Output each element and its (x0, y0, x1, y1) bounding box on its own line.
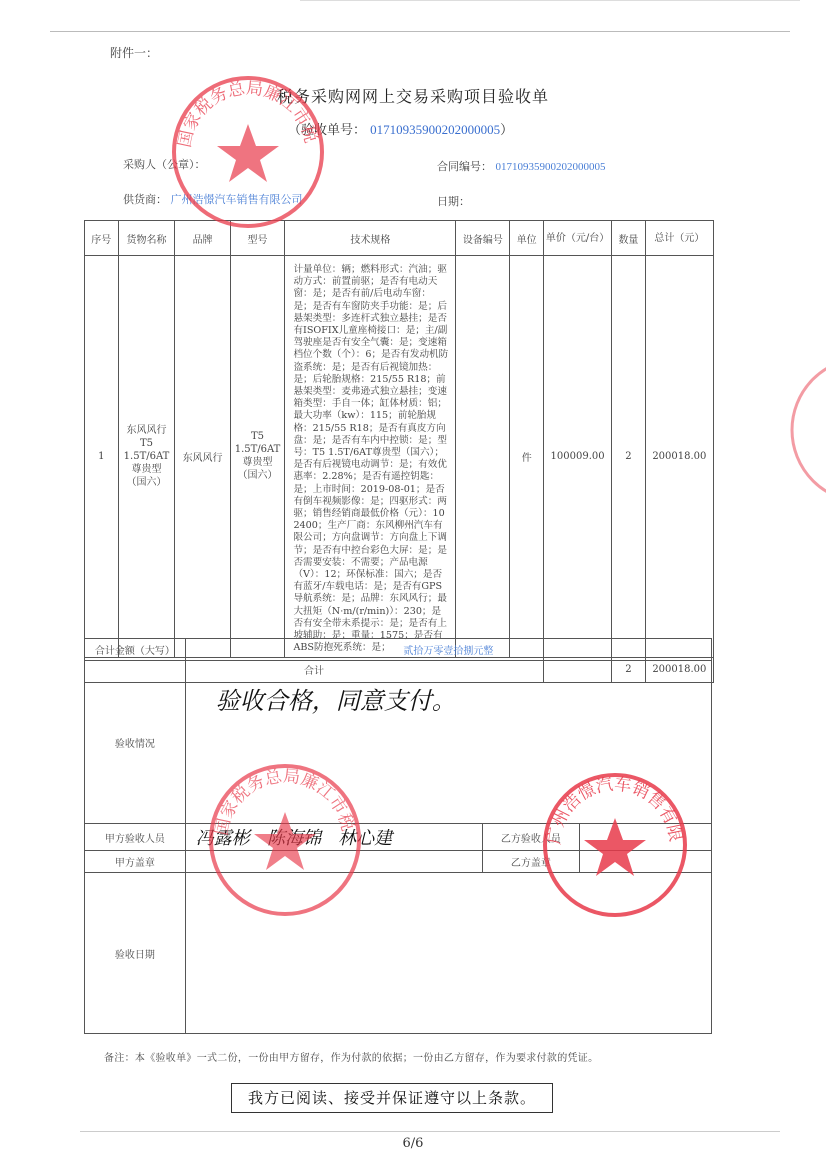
header-cell: 序号 (85, 221, 119, 256)
supplier-label: 供货商： (123, 193, 167, 206)
cell-index: 1 (85, 256, 119, 658)
amount-words-row: 合计金额（大写） 贰拾万零壹拾捌元整 (85, 639, 712, 661)
cell-model: T5 1.5T/6AT尊贵型（国六） (230, 256, 285, 658)
table-header-row: 序号 货物名称 品牌 型号 技术规格 设备编号 单位 单价（元/台） 数量 总计… (85, 221, 714, 256)
receipt-number-label: （验收单号： (288, 123, 366, 138)
remark-note: 备注：本《验收单》一式二份，一份由甲方留存，作为付款的依据；一份由乙方留存，作为… (104, 1049, 598, 1064)
inspectors-row: 甲方验收人员 冯露彬 陈海锦 林心建 乙方验收人员 (85, 824, 712, 851)
contract-label: 合同编号： (437, 160, 492, 173)
date-label: 日期： (437, 193, 470, 209)
header-cell: 数量 (612, 221, 646, 256)
footer-rule (80, 1131, 780, 1132)
contract-number: 合同编号： 01710935900202000005 (437, 158, 606, 174)
cell-unit: 件 (510, 256, 544, 658)
header-cell: 设备编号 (456, 221, 510, 256)
seal-row: 甲方盖章 乙方盖章 (85, 851, 712, 873)
inspection-content: 验收合格，同意支付。 (185, 661, 711, 824)
header-cell: 总计（元） (645, 221, 713, 256)
receipt-number-close: ） (500, 123, 513, 138)
signatures: 冯露彬 陈海锦 林心建 (196, 828, 392, 849)
header-cell: 单位 (510, 221, 544, 256)
scan-edge-line (300, 0, 800, 1)
cell-unit-price: 100009.00 (543, 256, 611, 658)
buyer-label: 采购人（公章）： (123, 156, 206, 172)
table-row: 1 东风风行T5 1.5T/6AT尊贵型（国六） 东风风行 T5 1.5T/6A… (85, 256, 714, 658)
amount-words-label: 合计金额（大写） (85, 639, 186, 661)
receipt-number: （验收单号： 01710935900202000005） (288, 119, 513, 138)
header-cell: 技术规格 (285, 221, 456, 256)
supplier-name: 广州浩憬汽车销售有限公司 (171, 194, 303, 206)
party-a-seal-label: 甲方盖章 (85, 851, 186, 873)
inspection-label: 验收情况 (85, 661, 186, 824)
attachment-label: 附件一： (110, 44, 158, 61)
cell-goods-name: 东风风行T5 1.5T/6AT尊贵型（国六） (118, 256, 175, 658)
document-title: 税务采购网网上交易采购项目验收单 (0, 84, 826, 107)
cell-tech-spec: 计量单位：辆；燃料形式：汽油；驱动方式：前置前驱；是否有电动天窗：是；是否有前/… (285, 256, 456, 658)
party-b-inspectors-value (580, 824, 712, 851)
header-cell: 品牌 (175, 221, 230, 256)
acceptance-table: 合计金额（大写） 贰拾万零壹拾捌元整 验收情况 验收合格，同意支付。 甲方验收人… (84, 638, 712, 1034)
receipt-number-value: 01710935900202000005 (370, 122, 500, 137)
pledge-box: 我方已阅读、接受并保证遵守以上条款。 (231, 1083, 553, 1113)
header-cell: 型号 (230, 221, 285, 256)
cell-total: 200018.00 (645, 256, 713, 658)
cell-quantity: 2 (612, 256, 646, 658)
party-b-inspectors-label: 乙方验收人员 (482, 824, 580, 851)
party-b-seal-label: 乙方盖章 (482, 851, 580, 873)
amount-words-value: 贰拾万零壹拾捌元整 (185, 639, 711, 661)
inspection-date-row: 验收日期 (85, 873, 712, 1034)
inspection-row: 验收情况 验收合格，同意支付。 (85, 661, 712, 824)
cell-brand: 东风风行 (175, 256, 230, 658)
supplier: 供货商： 广州浩憬汽车销售有限公司 (123, 191, 303, 207)
inspection-date-label: 验收日期 (85, 873, 186, 1034)
cell-device-no (456, 256, 510, 658)
partial-seal-right (786, 350, 826, 510)
inspection-date-value (185, 873, 711, 1034)
party-a-seal-value (185, 851, 482, 873)
party-b-seal-value (580, 851, 712, 873)
header-rule (50, 31, 790, 32)
party-a-inspectors-label: 甲方验收人员 (85, 824, 186, 851)
goods-table: 序号 货物名称 品牌 型号 技术规格 设备编号 单位 单价（元/台） 数量 总计… (84, 220, 714, 683)
inspection-handwriting: 验收合格，同意支付。 (216, 687, 456, 715)
party-a-inspectors-signatures: 冯露彬 陈海锦 林心建 (185, 824, 482, 851)
contract-number-value: 01710935900202000005 (496, 161, 606, 173)
header-cell: 货物名称 (118, 221, 175, 256)
page-number: 6/6 (0, 1136, 826, 1151)
header-cell: 单价（元/台） (543, 221, 611, 256)
